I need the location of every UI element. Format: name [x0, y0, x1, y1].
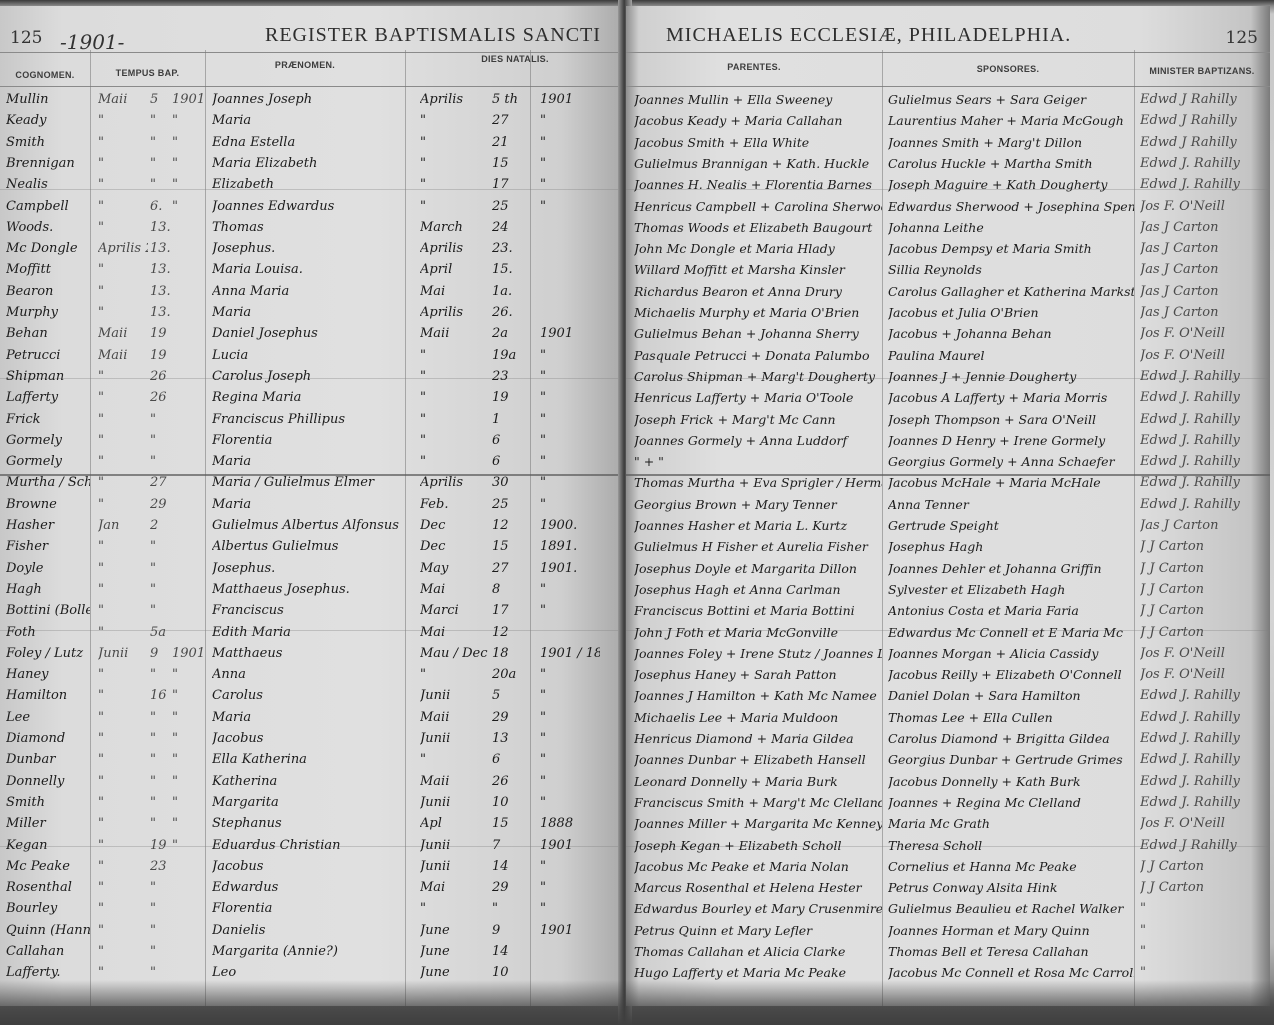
cell-natalis-month: Marci	[420, 600, 490, 621]
cell-sponsores: Anna Tenner	[888, 494, 1134, 515]
cell-minister: Edwd J. Rahilly	[1140, 728, 1264, 749]
cell-minister: Edwd J. Rahilly	[1140, 153, 1264, 174]
cell-sponsores: Joseph Thompson + Sara O'Neill	[888, 409, 1134, 430]
cell-bap-year	[172, 962, 204, 983]
cell-parentes: Joannes Gormely + Anna Luddorf	[634, 430, 882, 451]
register-entry-row: Henricus Campbell + Carolina SherwoodEdw…	[626, 196, 1270, 217]
cell-praenomen: Matthaeus	[212, 643, 404, 664]
cell-praenomen: Margarita	[212, 792, 404, 813]
cell-natalis-day: 26.	[492, 302, 532, 323]
left-page: 125 -1901- REGISTER BAPTISMALIS SANCTI C…	[0, 6, 624, 1006]
cell-bap-day: 19	[150, 323, 172, 344]
register-entry-row: HasherJan2Gulielmus Albertus AlfonsusDec…	[0, 515, 624, 536]
cell-sponsores: Carolus Huckle + Martha Smith	[888, 153, 1134, 174]
cell-parentes: Joseph Kegan + Elizabeth Scholl	[634, 835, 882, 856]
cell-cognomen: Brennigan	[6, 153, 90, 174]
cell-bap-year	[172, 600, 204, 621]
cell-bap-month: Aprilis 23.	[98, 238, 148, 259]
cell-bap-month: "	[98, 217, 148, 238]
cell-bap-month: "	[98, 707, 148, 728]
cell-minister: Edwd J. Rahilly	[1140, 472, 1264, 493]
cell-bap-day: "	[150, 132, 172, 153]
cell-minister: J J Carton	[1140, 622, 1264, 643]
cell-parentes: Thomas Murtha + Eva Sprigler / Hermann S…	[634, 472, 882, 493]
cell-sponsores: Joseph Maguire + Kath Dougherty	[888, 174, 1134, 195]
cell-bap-month: "	[98, 430, 148, 451]
cell-cognomen: Lafferty.	[6, 962, 90, 983]
cell-natalis-month: "	[420, 664, 490, 685]
cell-cognomen: Bearon	[6, 281, 90, 302]
cell-cognomen: Donnelly	[6, 771, 90, 792]
register-entry-row: Joannes Gormely + Anna LuddorfJoannes D …	[626, 430, 1270, 451]
cell-natalis-month: "	[420, 174, 490, 195]
header-rule	[626, 52, 1270, 53]
cell-sponsores: Jacobus McHale + Maria McHale	[888, 472, 1134, 493]
cell-sponsores: Petrus Conway Alsita Hink	[888, 877, 1134, 898]
cell-praenomen: Maria	[212, 302, 404, 323]
register-entry-row: Mc Peake"23JacobusJunii14"	[0, 856, 624, 877]
cell-natalis-month: "	[420, 430, 490, 451]
cell-bap-year	[172, 259, 204, 280]
cell-natalis-day: 19a	[492, 345, 532, 366]
cell-natalis-year: 1888	[540, 813, 600, 834]
cell-minister: Edwd J. Rahilly	[1140, 366, 1264, 387]
cell-cognomen: Doyle	[6, 558, 90, 579]
cell-cognomen: Gormely	[6, 430, 90, 451]
cell-praenomen: Joannes Edwardus	[212, 196, 404, 217]
left-page-number: 125	[10, 28, 42, 48]
cell-bap-month: Jan	[98, 515, 148, 536]
cell-bap-year: "	[172, 685, 204, 706]
cell-natalis-day: 12	[492, 515, 532, 536]
register-entry-row: Gulielmus Brannigan + Kath. HuckleCarolu…	[626, 153, 1270, 174]
cell-cognomen: Shipman	[6, 366, 90, 387]
cell-cognomen: Miller	[6, 813, 90, 834]
cell-parentes: Henricus Diamond + Maria Gildea	[634, 728, 882, 749]
cell-bap-year	[172, 451, 204, 472]
cell-bap-month: "	[98, 835, 148, 856]
cell-natalis-year: "	[540, 877, 600, 898]
cell-bap-month: "	[98, 898, 148, 919]
cell-natalis-year: "	[540, 366, 600, 387]
header-rule-bottom	[626, 86, 1270, 87]
register-entry-row: Petrus Quinn et Mary LeflerJoannes Horma…	[626, 920, 1270, 941]
cell-parentes: Willard Moffitt et Marsha Kinsler	[634, 259, 882, 280]
cell-minister: Edwd J. Rahilly	[1140, 174, 1264, 195]
register-entry-row: Joseph Frick + Marg't Mc CannJoseph Thom…	[626, 409, 1270, 430]
cell-praenomen: Danielis	[212, 920, 404, 941]
cell-minister: J J Carton	[1140, 877, 1264, 898]
cell-sponsores: Theresa Scholl	[888, 835, 1134, 856]
cell-sponsores: Jacobus Mc Connell et Rosa Mc Carroll	[888, 962, 1134, 983]
cell-bap-month: "	[98, 685, 148, 706]
cell-natalis-month: Junii	[420, 792, 490, 813]
register-entry-row: Josephus Haney + Sarah PattonJacobus Rei…	[626, 664, 1270, 685]
cell-cognomen: Hamilton	[6, 685, 90, 706]
register-entry-row: Josephus Hagh et Anna CarlmanSylvester e…	[626, 579, 1270, 600]
cell-bap-year: "	[172, 835, 204, 856]
cell-cognomen: Campbell	[6, 196, 90, 217]
cell-natalis-month: "	[420, 345, 490, 366]
register-entry-row: Henricus Lafferty + Maria O'TooleJacobus…	[626, 387, 1270, 408]
cell-bap-month: "	[98, 771, 148, 792]
register-entry-row: Nealis"""Elizabeth"17"	[0, 174, 624, 195]
cell-cognomen: Mc Dongle	[6, 238, 90, 259]
cell-natalis-day: "	[492, 898, 532, 919]
cell-parentes: Petrus Quinn et Mary Lefler	[634, 920, 882, 941]
cell-bap-year	[172, 622, 204, 643]
cell-minister: Edwd J Rahilly	[1140, 835, 1264, 856]
cell-parentes: Gulielmus H Fisher et Aurelia Fisher	[634, 536, 882, 557]
cell-natalis-month: Junii	[420, 835, 490, 856]
cell-minister: Jas J Carton	[1140, 238, 1264, 259]
register-entry-row: John J Foth et Maria McGonvilleEdwardus …	[626, 622, 1270, 643]
cell-bap-day: 26	[150, 366, 172, 387]
cell-bap-year	[172, 387, 204, 408]
cell-natalis-day: 14	[492, 941, 532, 962]
cell-natalis-day: 15	[492, 153, 532, 174]
cell-parentes: Joannes J Hamilton + Kath Mc Namee	[634, 685, 882, 706]
cell-bap-year: "	[172, 792, 204, 813]
cell-bap-year: "	[172, 132, 204, 153]
cell-bap-month: "	[98, 366, 148, 387]
cell-parentes: Joseph Frick + Marg't Mc Cann	[634, 409, 882, 430]
register-entry-row: Donnelly"""KatherinaMaii26"	[0, 771, 624, 792]
cell-natalis-year	[540, 941, 600, 962]
register-entry-row: Jacobus Mc Peake et Maria NolanCornelius…	[626, 856, 1270, 877]
cell-cognomen: Hasher	[6, 515, 90, 536]
cell-cognomen: Diamond	[6, 728, 90, 749]
cell-parentes: Joannes Foley + Irene Stutz / Joannes Lu…	[634, 643, 882, 664]
cell-praenomen: Carolus Joseph	[212, 366, 404, 387]
cell-natalis-year: 1900.	[540, 515, 600, 536]
cell-natalis-month: Mai	[420, 622, 490, 643]
register-entry-row: BehanMaii19Daniel JosephusMaii2a1901	[0, 323, 624, 344]
cell-praenomen: Maria	[212, 494, 404, 515]
cell-natalis-year: 1891.	[540, 536, 600, 557]
cell-bap-month: "	[98, 877, 148, 898]
cell-bap-day: "	[150, 430, 172, 451]
cell-cognomen: Callahan	[6, 941, 90, 962]
cell-bap-day: "	[150, 153, 172, 174]
register-entry-row: Bourley""Florentia"""	[0, 898, 624, 919]
cell-natalis-day: 27	[492, 558, 532, 579]
register-entry-row: Joseph Kegan + Elizabeth SchollTheresa S…	[626, 835, 1270, 856]
cell-bap-day: 5	[150, 89, 172, 110]
cell-minister: "	[1140, 941, 1264, 962]
cell-parentes: Joannes Miller + Margarita Mc Kenney	[634, 813, 882, 834]
register-entry-row: Campbell"6."Joannes Edwardus"25"	[0, 196, 624, 217]
cell-praenomen: Maria Louisa.	[212, 259, 404, 280]
cell-bap-year	[172, 345, 204, 366]
cell-sponsores: Georgius Dunbar + Gertrude Grimes	[888, 749, 1134, 770]
register-entry-row: Joannes Hasher et Maria L. KurtzGertrude…	[626, 515, 1270, 536]
cell-bap-month: "	[98, 409, 148, 430]
cell-bap-day: "	[150, 749, 172, 770]
cell-bap-month: "	[98, 600, 148, 621]
cell-praenomen: Anna Maria	[212, 281, 404, 302]
cell-parentes: Joannes Mullin + Ella Sweeney	[634, 89, 882, 110]
cell-praenomen: Maria / Gulielmus Elmer	[212, 472, 404, 493]
cell-bap-day: 6.	[150, 196, 172, 217]
cell-bap-day: "	[150, 600, 172, 621]
cell-natalis-month: June	[420, 920, 490, 941]
cell-sponsores: Joannes D Henry + Irene Gormely	[888, 430, 1134, 451]
cell-parentes: Marcus Rosenthal et Helena Hester	[634, 877, 882, 898]
cell-parentes: Gulielmus Behan + Johanna Sherry	[634, 323, 882, 344]
cell-natalis-year: "	[540, 898, 600, 919]
cell-natalis-year: "	[540, 856, 600, 877]
cell-cognomen: Kegan	[6, 835, 90, 856]
cell-praenomen: Josephus.	[212, 558, 404, 579]
cell-natalis-day: 1a.	[492, 281, 532, 302]
cell-bap-day: "	[150, 920, 172, 941]
register-entry-row: Murphy"13.MariaAprilis26.	[0, 302, 624, 323]
register-entry-row: Foth"5aEdith MariaMai12	[0, 622, 624, 643]
cell-sponsores: Joannes Morgan + Alicia Cassidy	[888, 643, 1134, 664]
cell-praenomen: Thomas	[212, 217, 404, 238]
cell-natalis-year: "	[540, 685, 600, 706]
register-entry-row: Smith"""MargaritaJunii10"	[0, 792, 624, 813]
cell-natalis-month: "	[420, 898, 490, 919]
cell-parentes: Richardus Bearon et Anna Drury	[634, 281, 882, 302]
right-page: MICHAELIS ECCLESIÆ, PHILADELPHIA. 125 PA…	[626, 6, 1270, 1006]
cell-natalis-day: 12	[492, 622, 532, 643]
cell-natalis-day: 10	[492, 962, 532, 983]
cell-bap-year: 1901	[172, 89, 204, 110]
register-entry-row: Lafferty.""LeoJune10	[0, 962, 624, 983]
cell-parentes: Hugo Lafferty et Maria Mc Peake	[634, 962, 882, 983]
col-header-praenomen: PRÆNOMEN.	[205, 60, 405, 70]
cell-natalis-day: 6	[492, 430, 532, 451]
cell-bap-year: "	[172, 707, 204, 728]
cell-natalis-month: Dec	[420, 515, 490, 536]
cell-minister: Edwd J. Rahilly	[1140, 451, 1264, 472]
cell-bap-day: 13.	[150, 259, 172, 280]
col-header-dies-natalis: DIES NATALIS.	[405, 54, 624, 64]
register-entry-row: Willard Moffitt et Marsha KinslerSillia …	[626, 259, 1270, 280]
cell-bap-year	[172, 302, 204, 323]
cell-praenomen: Lucia	[212, 345, 404, 366]
cell-minister: Edwd J. Rahilly	[1140, 387, 1264, 408]
cell-bap-day: "	[150, 877, 172, 898]
cell-cognomen: Moffitt	[6, 259, 90, 280]
cell-minister: J J Carton	[1140, 856, 1264, 877]
cell-natalis-month: Mai	[420, 281, 490, 302]
cell-praenomen: Jacobus	[212, 856, 404, 877]
cell-natalis-day: 27	[492, 110, 532, 131]
cell-praenomen: Edith Maria	[212, 622, 404, 643]
cell-sponsores: Gertrude Speight	[888, 515, 1134, 536]
cell-natalis-day: 6	[492, 749, 532, 770]
cell-cognomen: Smith	[6, 132, 90, 153]
cell-natalis-month: Junii	[420, 856, 490, 877]
cell-natalis-month: "	[420, 132, 490, 153]
cell-natalis-day: 9	[492, 920, 532, 941]
cell-bap-year: "	[172, 664, 204, 685]
cell-sponsores: Laurentius Maher + Maria McGough	[888, 110, 1134, 131]
register-entry-row: Lafferty"26Regina Maria"19"	[0, 387, 624, 408]
register-entry-row: Bearon"13.Anna MariaMai1a.	[0, 281, 624, 302]
cell-bap-year: "	[172, 196, 204, 217]
cell-bap-month: Maii	[98, 323, 148, 344]
cell-natalis-month: Maii	[420, 323, 490, 344]
cell-natalis-day: 15	[492, 813, 532, 834]
cell-natalis-day: 24	[492, 217, 532, 238]
cell-parentes: Pasquale Petrucci + Donata Palumbo	[634, 345, 882, 366]
cell-natalis-year: "	[540, 132, 600, 153]
cell-natalis-day: 29	[492, 707, 532, 728]
cell-bap-day: "	[150, 813, 172, 834]
register-entry-row: Gormely""Florentia"6"	[0, 430, 624, 451]
cell-bap-year	[172, 536, 204, 557]
cell-parentes: Gulielmus Brannigan + Kath. Huckle	[634, 153, 882, 174]
register-entry-row: Georgius Brown + Mary TennerAnna TennerE…	[626, 494, 1270, 515]
cell-minister: Jas J Carton	[1140, 515, 1264, 536]
cell-bap-month: "	[98, 132, 148, 153]
cell-bap-month: "	[98, 536, 148, 557]
cell-cognomen: Petrucci	[6, 345, 90, 366]
register-entry-row: Franciscus Bottini et Maria BottiniAnton…	[626, 600, 1270, 621]
cell-minister: Jos F. O'Neill	[1140, 643, 1264, 664]
cell-sponsores: Sylvester et Elizabeth Hagh	[888, 579, 1134, 600]
register-entry-row: Rosenthal""EdwardusMai29"	[0, 877, 624, 898]
register-entry-row: Hugo Lafferty et Maria Mc PeakeJacobus M…	[626, 962, 1270, 983]
cell-praenomen: Katherina	[212, 771, 404, 792]
cell-sponsores: Jacobus Dempsy et Maria Smith	[888, 238, 1134, 259]
cell-cognomen: Bourley	[6, 898, 90, 919]
cell-sponsores: Antonius Costa et Maria Faria	[888, 600, 1134, 621]
cell-natalis-day: 30	[492, 472, 532, 493]
register-entry-row: Hamilton"16"CarolusJunii5"	[0, 685, 624, 706]
cell-praenomen: Gulielmus Albertus Alfonsus	[212, 515, 404, 536]
cell-bap-day: "	[150, 409, 172, 430]
register-entry-row: Bottini (Bolletino)""FranciscusMarci17"	[0, 600, 624, 621]
cell-natalis-day: 26	[492, 771, 532, 792]
cell-parentes: Georgius Brown + Mary Tenner	[634, 494, 882, 515]
cell-natalis-day: 17	[492, 600, 532, 621]
cell-natalis-year	[540, 622, 600, 643]
cell-natalis-month: "	[420, 749, 490, 770]
register-entry-row: Joannes Dunbar + Elizabeth HansellGeorgi…	[626, 749, 1270, 770]
cell-natalis-year: "	[540, 600, 600, 621]
cell-minister: Edwd J Rahilly	[1140, 132, 1264, 153]
right-page-title: MICHAELIS ECCLESIÆ, PHILADELPHIA.	[666, 24, 1071, 47]
register-entry-row: Callahan""Margarita (Annie?)June14	[0, 941, 624, 962]
cell-bap-month: Maii	[98, 345, 148, 366]
cell-parentes: Franciscus Smith + Marg't Mc Clelland	[634, 792, 882, 813]
cell-cognomen: Haney	[6, 664, 90, 685]
cell-natalis-month: April	[420, 259, 490, 280]
cell-bap-year	[172, 281, 204, 302]
register-entry-row: Keady"""Maria"27"	[0, 110, 624, 131]
cell-bap-year	[172, 898, 204, 919]
cell-parentes: Michaelis Murphy et Maria O'Brien	[634, 302, 882, 323]
cell-minister: Jos F. O'Neill	[1140, 323, 1264, 344]
cell-sponsores: Maria Mc Grath	[888, 813, 1134, 834]
cell-praenomen: Daniel Josephus	[212, 323, 404, 344]
cell-minister: J J Carton	[1140, 558, 1264, 579]
cell-parentes: Henricus Lafferty + Maria O'Toole	[634, 387, 882, 408]
cell-minister: Edwd J. Rahilly	[1140, 749, 1264, 770]
cell-parentes: Jacobus Smith + Ella White	[634, 132, 882, 153]
cell-bap-year	[172, 856, 204, 877]
register-entry-row: Michaelis Murphy et Maria O'BrienJacobus…	[626, 302, 1270, 323]
cell-bap-day: "	[150, 110, 172, 131]
cell-bap-month: "	[98, 962, 148, 983]
register-entry-row: Marcus Rosenthal et Helena HesterPetrus …	[626, 877, 1270, 898]
cell-bap-day: "	[150, 792, 172, 813]
register-entry-row: Edwardus Bourley et Mary CrusenmireGulie…	[626, 898, 1270, 919]
register-entry-row: Thomas Woods et Elizabeth BaugourtJohann…	[626, 217, 1270, 238]
cell-natalis-year	[540, 281, 600, 302]
cell-natalis-year: 1901	[540, 323, 600, 344]
cell-natalis-day: 23	[492, 366, 532, 387]
cell-bap-year: "	[172, 771, 204, 792]
cell-natalis-year: 1901	[540, 920, 600, 941]
cell-praenomen: Maria	[212, 110, 404, 131]
cell-natalis-year: "	[540, 153, 600, 174]
cell-cognomen: Dunbar	[6, 749, 90, 770]
cell-natalis-month: "	[420, 409, 490, 430]
cell-sponsores: Joannes Smith + Marg't Dillon	[888, 132, 1134, 153]
cell-bap-month: "	[98, 749, 148, 770]
cell-parentes: John J Foth et Maria McGonville	[634, 622, 882, 643]
cell-cognomen: Rosenthal	[6, 877, 90, 898]
cell-bap-day: 29	[150, 494, 172, 515]
register-entry-row: " + "Georgius Gormely + Anna SchaeferEdw…	[626, 451, 1270, 472]
cell-bap-month: "	[98, 792, 148, 813]
cell-natalis-day: 15	[492, 536, 532, 557]
cell-minister: Jos F. O'Neill	[1140, 345, 1264, 366]
cell-natalis-year: "	[540, 472, 600, 493]
cell-bap-year: "	[172, 153, 204, 174]
cell-parentes: Henricus Campbell + Carolina Sherwood	[634, 196, 882, 217]
cell-natalis-year: 1901.	[540, 558, 600, 579]
cell-natalis-month: "	[420, 153, 490, 174]
cell-praenomen: Regina Maria	[212, 387, 404, 408]
register-entry-row: Pasquale Petrucci + Donata PalumboPaulin…	[626, 345, 1270, 366]
register-entry-row: Doyle""Josephus.May271901.	[0, 558, 624, 579]
cell-cognomen: Foley / Lutz	[6, 643, 90, 664]
cell-natalis-day: 25	[492, 196, 532, 217]
cell-bap-day: 13.	[150, 281, 172, 302]
cell-bap-year	[172, 217, 204, 238]
cell-parentes: Michaelis Lee + Maria Muldoon	[634, 707, 882, 728]
cell-parentes: John Mc Dongle et Maria Hlady	[634, 238, 882, 259]
cell-sponsores: Jacobus A Lafferty + Maria Morris	[888, 387, 1134, 408]
cell-natalis-month: Maii	[420, 771, 490, 792]
cell-cognomen: Woods.	[6, 217, 90, 238]
cell-bap-month: "	[98, 813, 148, 834]
year-annotation: -1901-	[60, 30, 124, 54]
cell-bap-day: 16	[150, 685, 172, 706]
cell-natalis-month: Mau / Dec	[420, 643, 490, 664]
cell-minister: Jos F. O'Neill	[1140, 813, 1264, 834]
cell-natalis-day: 25	[492, 494, 532, 515]
register-entry-row: Joannes Foley + Irene Stutz / Joannes Lu…	[626, 643, 1270, 664]
cell-sponsores: Jacobus + Johanna Behan	[888, 323, 1134, 344]
cell-parentes: Joannes Dunbar + Elizabeth Hansell	[634, 749, 882, 770]
cell-natalis-year: "	[540, 196, 600, 217]
cell-cognomen: Browne	[6, 494, 90, 515]
cell-bap-day: "	[150, 558, 172, 579]
register-entry-row: Foley / LutzJunii91901MatthaeusMau / Dec…	[0, 643, 624, 664]
register-entry-row: Joannes J Hamilton + Kath Mc NameeDaniel…	[626, 685, 1270, 706]
cell-bap-day: "	[150, 174, 172, 195]
cell-minister: Edwd J. Rahilly	[1140, 409, 1264, 430]
cell-natalis-month: Mai	[420, 877, 490, 898]
